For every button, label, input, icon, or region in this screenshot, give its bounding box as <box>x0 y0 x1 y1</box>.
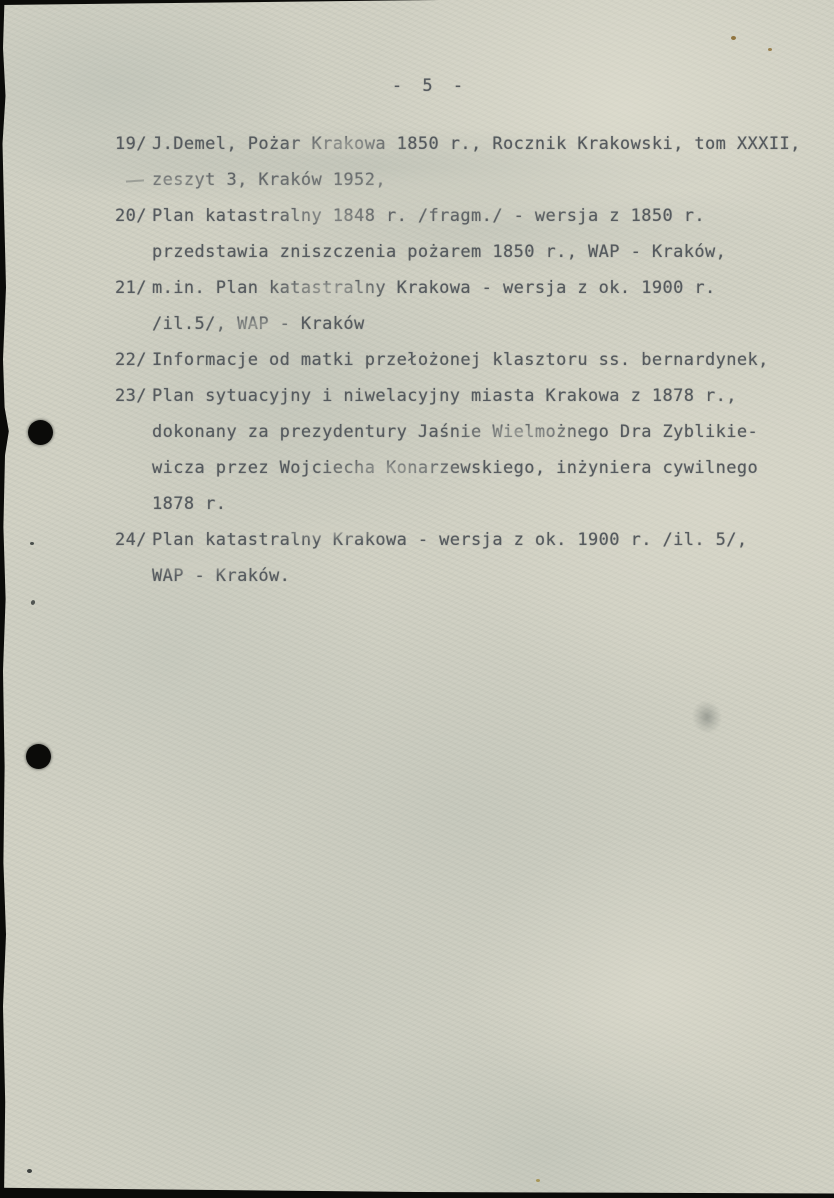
reference-number: 20/ <box>115 198 152 234</box>
scan-edge-bottom <box>0 1186 834 1198</box>
reference-line: J.Demel, Pożar Krakowa 1850 r., Rocznik … <box>152 126 820 162</box>
paper-speck <box>27 1169 32 1173</box>
reference-line: Informacje od matki przełożonej klasztor… <box>152 342 820 378</box>
reference-lines: J.Demel, Pożar Krakowa 1850 r., Rocznik … <box>152 126 820 198</box>
paper-speck <box>30 542 34 545</box>
reference-line: przedstawia zniszczenia pożarem 1850 r.,… <box>152 234 820 270</box>
foxing-speck <box>768 48 772 51</box>
reference-number: 23/ <box>115 378 152 414</box>
reference-item: 23/ Plan sytuacyjny i niwelacyjny miasta… <box>115 378 820 522</box>
reference-number: 19/ <box>115 126 152 162</box>
reference-line: WAP - Kraków. <box>152 558 820 594</box>
reference-line: Plan katastralny Krakowa - wersja z ok. … <box>152 522 820 558</box>
paper-speck <box>30 599 36 605</box>
reference-line: 1878 r. <box>152 486 820 522</box>
reference-lines: Informacje od matki przełożonej klasztor… <box>152 342 820 378</box>
reference-lines: m.in. Plan katastralny Krakowa - wersja … <box>152 270 820 342</box>
reference-item: 24/ Plan katastralny Krakowa - wersja z … <box>115 522 820 594</box>
reference-line: Plan sytuacyjny i niwelacyjny miasta Kra… <box>152 378 820 414</box>
reference-line: wicza przez Wojciecha Konarzewskiego, in… <box>152 450 820 486</box>
reference-line: zeszyt 3, Kraków 1952, <box>152 162 820 198</box>
reference-number: 24/ <box>115 522 152 558</box>
reference-number: 22/ <box>115 342 152 378</box>
reference-list: 19/ J.Demel, Pożar Krakowa 1850 r., Rocz… <box>115 126 820 594</box>
reference-lines: Plan sytuacyjny i niwelacyjny miasta Kra… <box>152 378 820 522</box>
foxing-speck <box>536 1179 540 1182</box>
reference-item: 19/ J.Demel, Pożar Krakowa 1850 r., Rocz… <box>115 126 820 198</box>
hole-punch-bottom <box>26 744 51 769</box>
reference-line: Plan katastralny 1848 r. /fragm./ - wers… <box>152 198 820 234</box>
reference-item: 22/ Informacje od matki przełożonej klas… <box>115 342 820 378</box>
page-number: - 5 - <box>13 68 834 104</box>
reference-item: 21/ m.in. Plan katastralny Krakowa - wer… <box>115 270 820 342</box>
scan-edge-left <box>0 0 10 1198</box>
hole-punch-top <box>28 420 53 445</box>
foxing-speck <box>731 36 736 40</box>
scanned-document-page: - 5 - 19/ J.Demel, Pożar Krakowa 1850 r.… <box>0 0 834 1198</box>
scan-edge-top <box>0 0 440 5</box>
ink-smudge <box>688 697 726 738</box>
reference-lines: Plan katastralny Krakowa - wersja z ok. … <box>152 522 820 594</box>
reference-line: m.in. Plan katastralny Krakowa - wersja … <box>152 270 820 306</box>
reference-line: dokonany za prezydentury Jaśnie Wielmożn… <box>152 414 820 450</box>
reference-line: /il.5/, WAP - Kraków <box>152 306 820 342</box>
reference-item: 20/ Plan katastralny 1848 r. /fragm./ - … <box>115 198 820 270</box>
reference-lines: Plan katastralny 1848 r. /fragm./ - wers… <box>152 198 820 270</box>
reference-number: 21/ <box>115 270 152 306</box>
